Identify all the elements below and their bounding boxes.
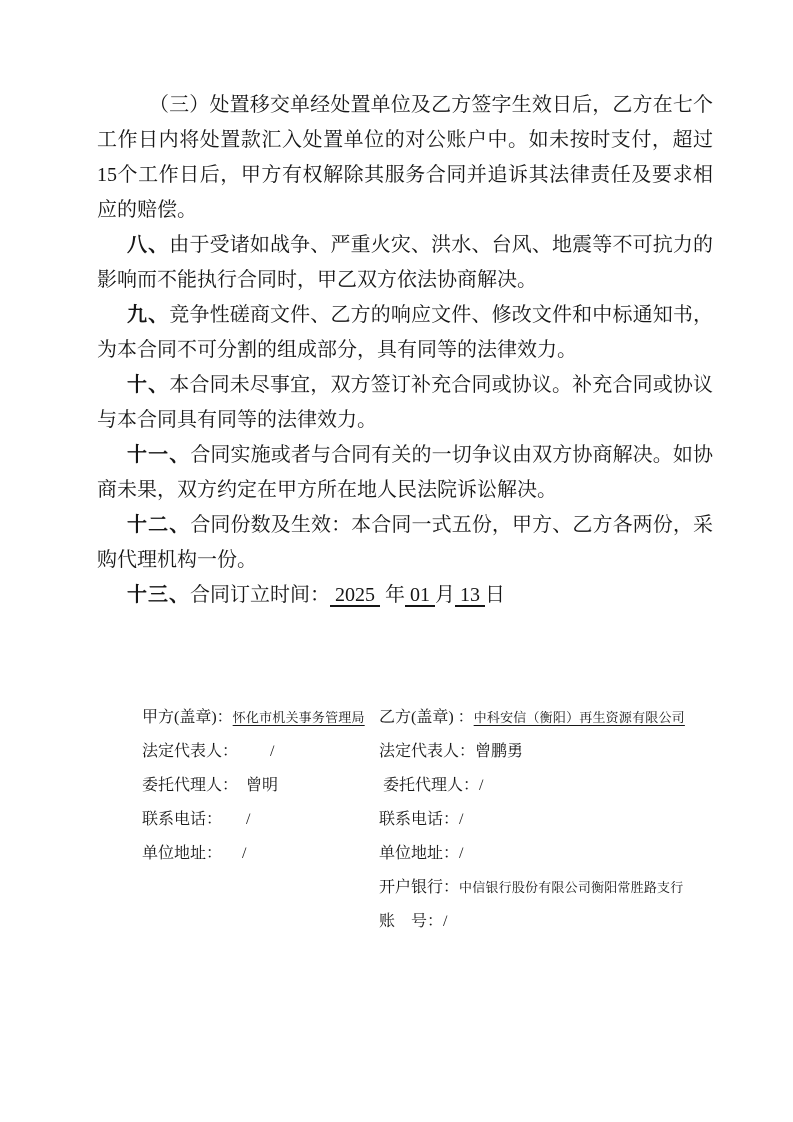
party-b-account-value: / [443,913,447,930]
signing-month-value: 01 [405,584,435,606]
clause-3-payment-transfer: （三）处置移交单经处置单位及乙方签字生效日后，乙方在七个工作日内将处置款汇入处置… [97,88,713,228]
party-a-agent-value: 曾明 [238,777,278,794]
contract-clauses: （三）处置移交单经处置单位及乙方签字生效日后，乙方在七个工作日内将处置款汇入处置… [97,88,713,613]
contract-document-page: （三）处置移交单经处置单位及乙方签字生效日后，乙方在七个工作日内将处置款汇入处置… [0,0,793,1122]
clause-11-dispute-resolution: 十一、合同实施或者与合同有关的一切争议由双方协商解决。如协商未果，双方约定在甲方… [97,438,713,508]
party-a-seal-label: 甲方(盖章)： [142,709,233,726]
signing-year-value: 2025 [330,584,380,606]
party-a-name: 怀化市机关事务管理局 [233,710,365,725]
clause-8-text: 由于受诸如战争、严重火灾、洪水、台风、地震等不可抗力的影响而不能执行合同时，甲乙… [97,234,713,291]
clause-3-text: （三）处置移交单经处置单位及乙方签字生效日后，乙方在七个工作日内将处置款汇入处置… [97,94,713,221]
party-a-seal-row: 甲方(盖章)：怀化市机关事务管理局 [118,667,358,701]
party-b-address-label: 单位地址： [379,845,459,862]
clause-9-number: 九、 [127,304,169,326]
party-a-address-label: 单位地址： [142,845,222,862]
party-a-signature-block: 甲方(盖章)：怀化市机关事务管理局 法定代表人： / 委托代理人： 曾明 联系电… [118,667,358,837]
party-b-phone-label: 联系电话： [379,811,459,828]
clause-12-contract-copies: 十二、合同份数及生效：本合同一式五份，甲方、乙方各两份，采购代理机构一份。 [97,508,713,578]
party-b-legal-rep-label: 法定代表人： [379,743,475,760]
clause-9-contract-documents: 九、竞争性磋商文件、乙方的响应文件、修改文件和中标通知书，为本合同不可分割的组成… [97,298,713,368]
clause-11-text: 合同实施或者与合同有关的一切争议由双方协商解决。如协商未果，双方约定在甲方所在地… [97,444,713,501]
party-a-agent-label: 委托代理人： [142,777,238,794]
party-b-bank-label: 开户银行： [379,879,459,896]
month-unit-label: 月 [435,584,455,606]
party-b-agent-label: 委托代理人： [379,777,479,794]
year-unit-label: 年 [380,584,405,606]
party-a-legal-rep-value: / [238,743,274,760]
clause-12-number: 十二、 [127,514,190,536]
party-b-phone-value: / [459,811,463,828]
clause-12-text: 合同份数及生效：本合同一式五份，甲方、乙方各两份，采购代理机构一份。 [97,514,713,571]
signing-day-value: 13 [455,584,485,606]
party-b-address-value: / [459,845,463,862]
party-a-phone-value: / [222,811,250,828]
party-b-signature-block: 乙方(盖章) ：中科安信（衡阳）再生资源有限公司 法定代表人：曾鹏勇 委托代理人… [355,667,685,905]
party-b-legal-rep-value: 曾鹏勇 [475,743,523,760]
party-b-bank-value: 中信银行股份有限公司衡阳常胜路支行 [459,880,683,895]
party-b-name: 中科安信（衡阳）再生资源有限公司 [474,710,685,725]
party-a-address-value: / [222,845,246,862]
day-unit-label: 日 [485,584,505,606]
party-b-account-label: 账 号： [379,913,443,930]
clause-11-number: 十一、 [127,444,190,466]
party-b-seal-row: 乙方(盖章) ：中科安信（衡阳）再生资源有限公司 [355,667,685,701]
clause-9-text: 竞争性磋商文件、乙方的响应文件、修改文件和中标通知书，为本合同不可分割的组成部分… [97,304,713,361]
clause-13-label: 合同订立时间： [190,584,330,606]
clause-13-number: 十三、 [127,584,190,606]
clause-8-force-majeure: 八、由于受诸如战争、严重火灾、洪水、台风、地震等不可抗力的影响而不能执行合同时，… [97,228,713,298]
party-a-phone-label: 联系电话： [142,811,222,828]
clause-8-number: 八、 [127,234,169,256]
party-b-seal-label: 乙方(盖章) ： [379,709,474,726]
clause-10-text: 本合同未尽事宜，双方签订补充合同或协议。补充合同或协议与本合同具有同等的法律效力… [97,374,713,431]
clause-13-signing-date: 十三、合同订立时间： 2025 年 01 月 13 日 [97,578,713,613]
clause-10-supplementary-agreement: 十、本合同未尽事宜，双方签订补充合同或协议。补充合同或协议与本合同具有同等的法律… [97,368,713,438]
clause-10-number: 十、 [127,374,169,396]
party-b-agent-value: / [479,777,483,794]
party-a-legal-rep-label: 法定代表人： [142,743,238,760]
